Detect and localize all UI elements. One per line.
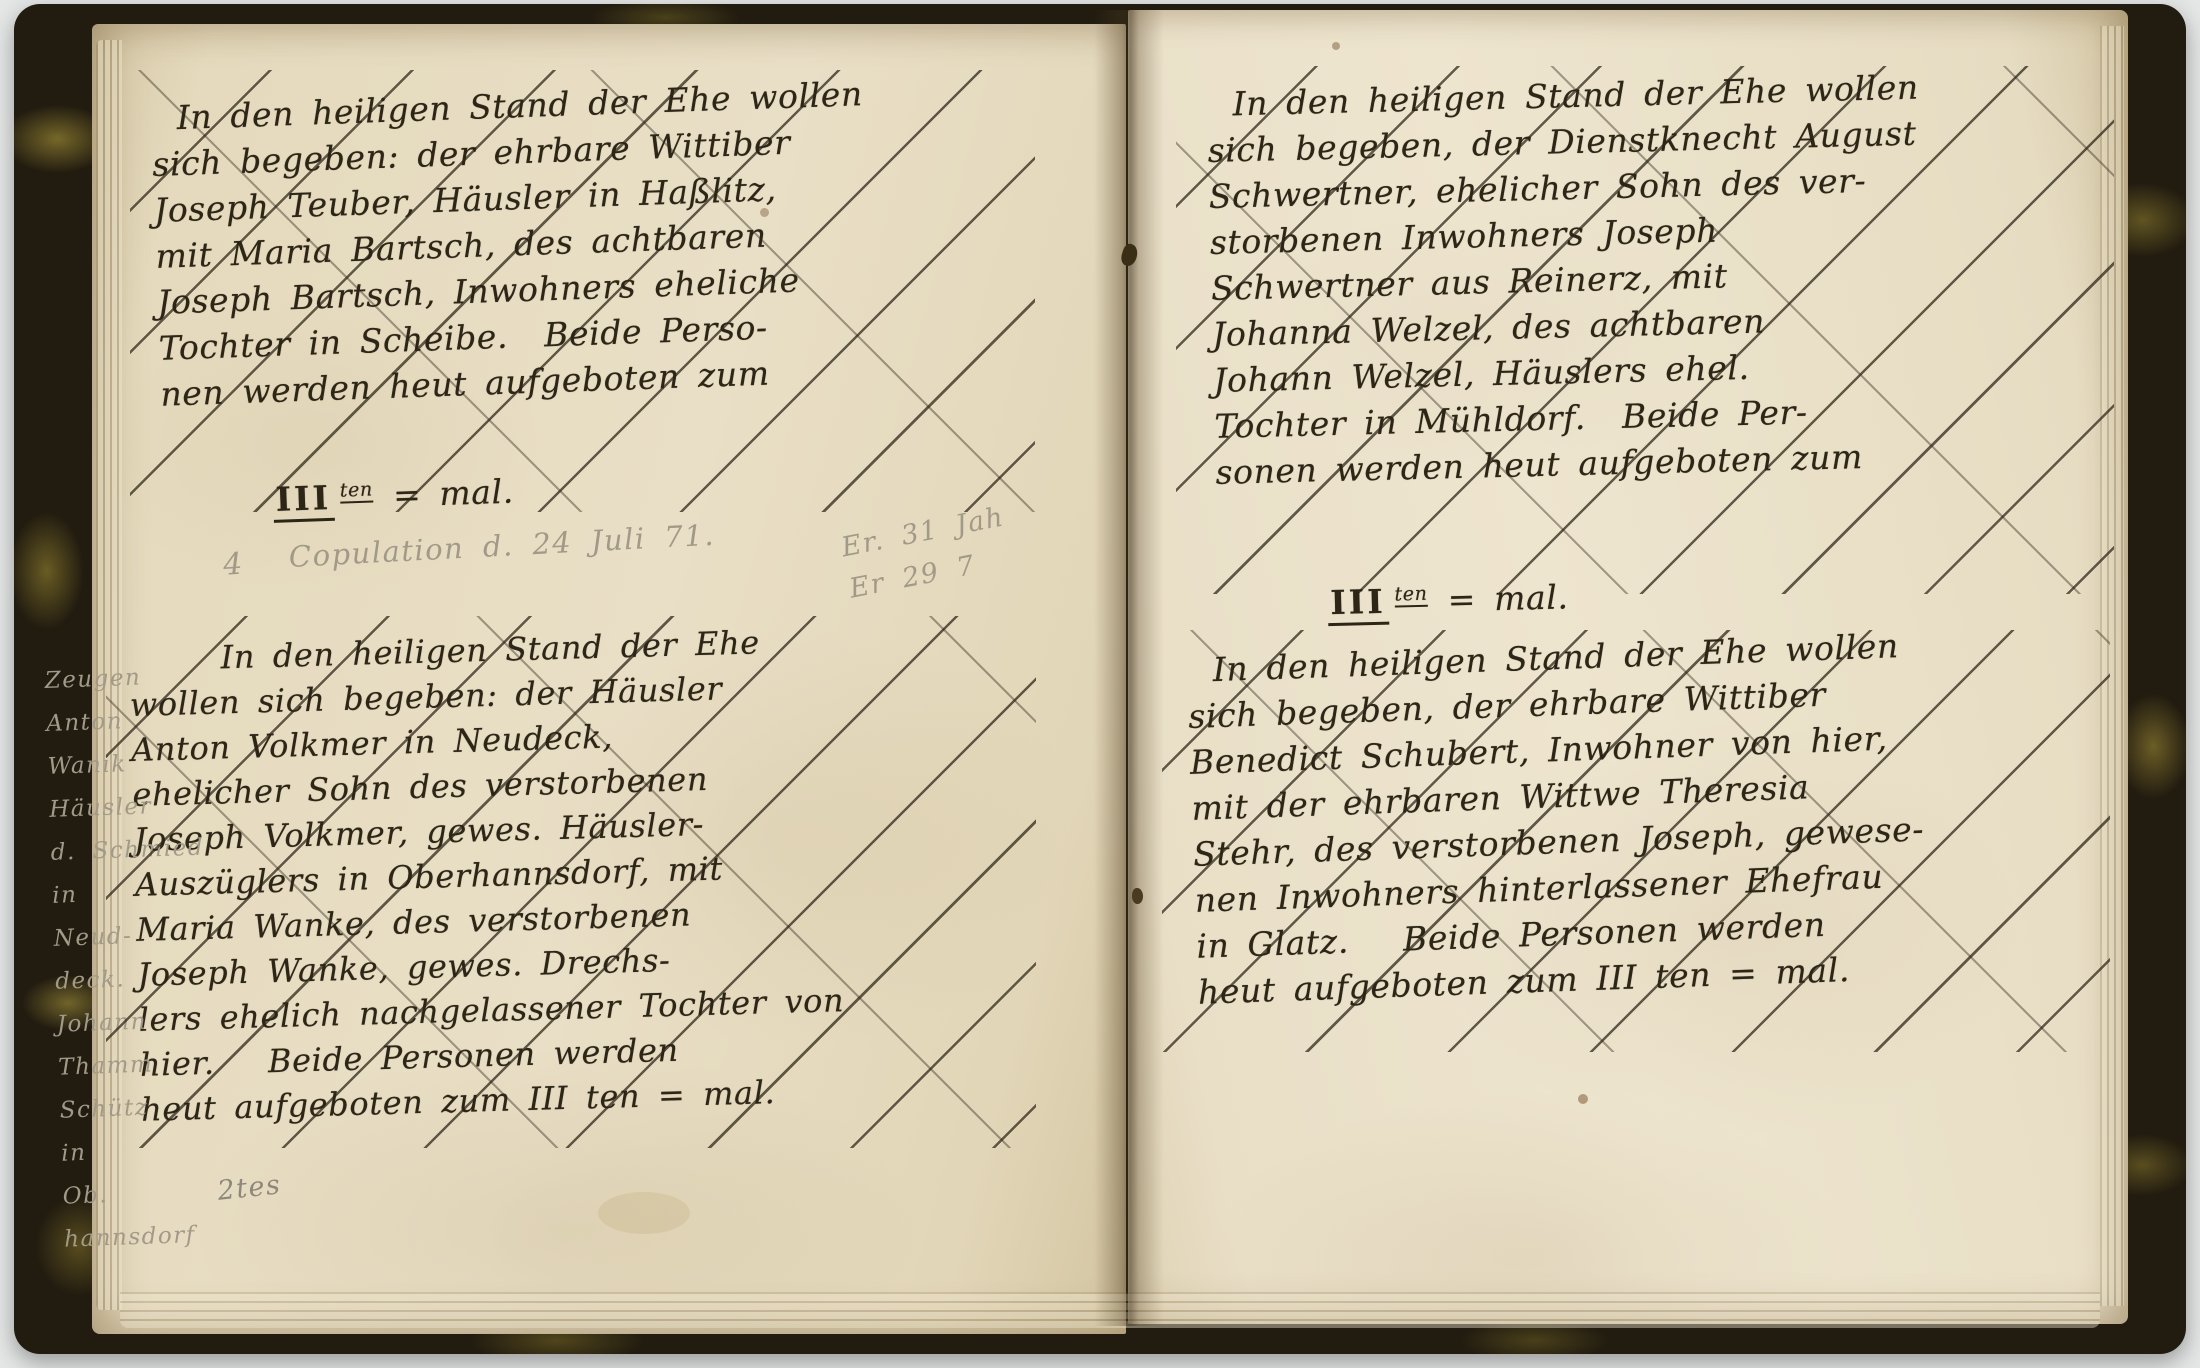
margin-line: Schütz: [59, 1084, 220, 1133]
margin-line: Zeugen: [44, 654, 205, 703]
right-entry-2: In den heiligen Stand der Ehe wollen sic…: [1186, 616, 2118, 1016]
right-entry-1: In den heiligen Stand der Ehe wollen sic…: [1206, 60, 2120, 675]
ordinal-suffix: ten: [339, 477, 373, 503]
roman-numeral: III: [272, 478, 335, 523]
margin-line: Wanik: [47, 740, 208, 789]
aufgebot-word: = mal.: [1447, 577, 1569, 619]
margin-line: Thamm: [58, 1041, 219, 1090]
margin-footnote: 2tes: [216, 1169, 283, 1207]
margin-line: Ob.: [62, 1170, 223, 1219]
margin-line: hannsdorf: [64, 1213, 225, 1262]
margin-line: Häusler: [49, 783, 210, 832]
margin-line: Neud-: [53, 912, 214, 961]
left-entry-1: In den heiligen Stand der Ehe wollen sic…: [150, 65, 1056, 573]
margin-witness-notes: Zeugen Anton Wanik Häusler d. Schmied in…: [44, 654, 225, 1261]
pencil-marker: 4: [222, 547, 245, 583]
foxing-spot: [760, 208, 769, 217]
margin-line: deck.: [55, 955, 216, 1004]
roman-numeral: III: [1327, 582, 1389, 626]
aufgebot-word: = mal.: [392, 472, 514, 515]
margin-line: d. Schmied: [50, 826, 211, 875]
foxing-spot: [1578, 1094, 1588, 1104]
register-book-photo: In den heiligen Stand der Ehe wollen sic…: [0, 0, 2200, 1368]
paper-stain: [598, 1192, 690, 1234]
ink-blot: [1132, 888, 1143, 904]
binding-gutter: [1094, 10, 1164, 1326]
ordinal-suffix: ten: [1394, 582, 1428, 608]
margin-line: in: [52, 869, 213, 918]
margin-line: Johann: [56, 998, 217, 1047]
left-entry-2: In den heiligen Stand der Ehe wollen sic…: [128, 613, 1051, 1133]
foxing-spot: [1332, 42, 1340, 50]
margin-line: in: [61, 1127, 222, 1176]
margin-line: Anton: [46, 697, 207, 746]
